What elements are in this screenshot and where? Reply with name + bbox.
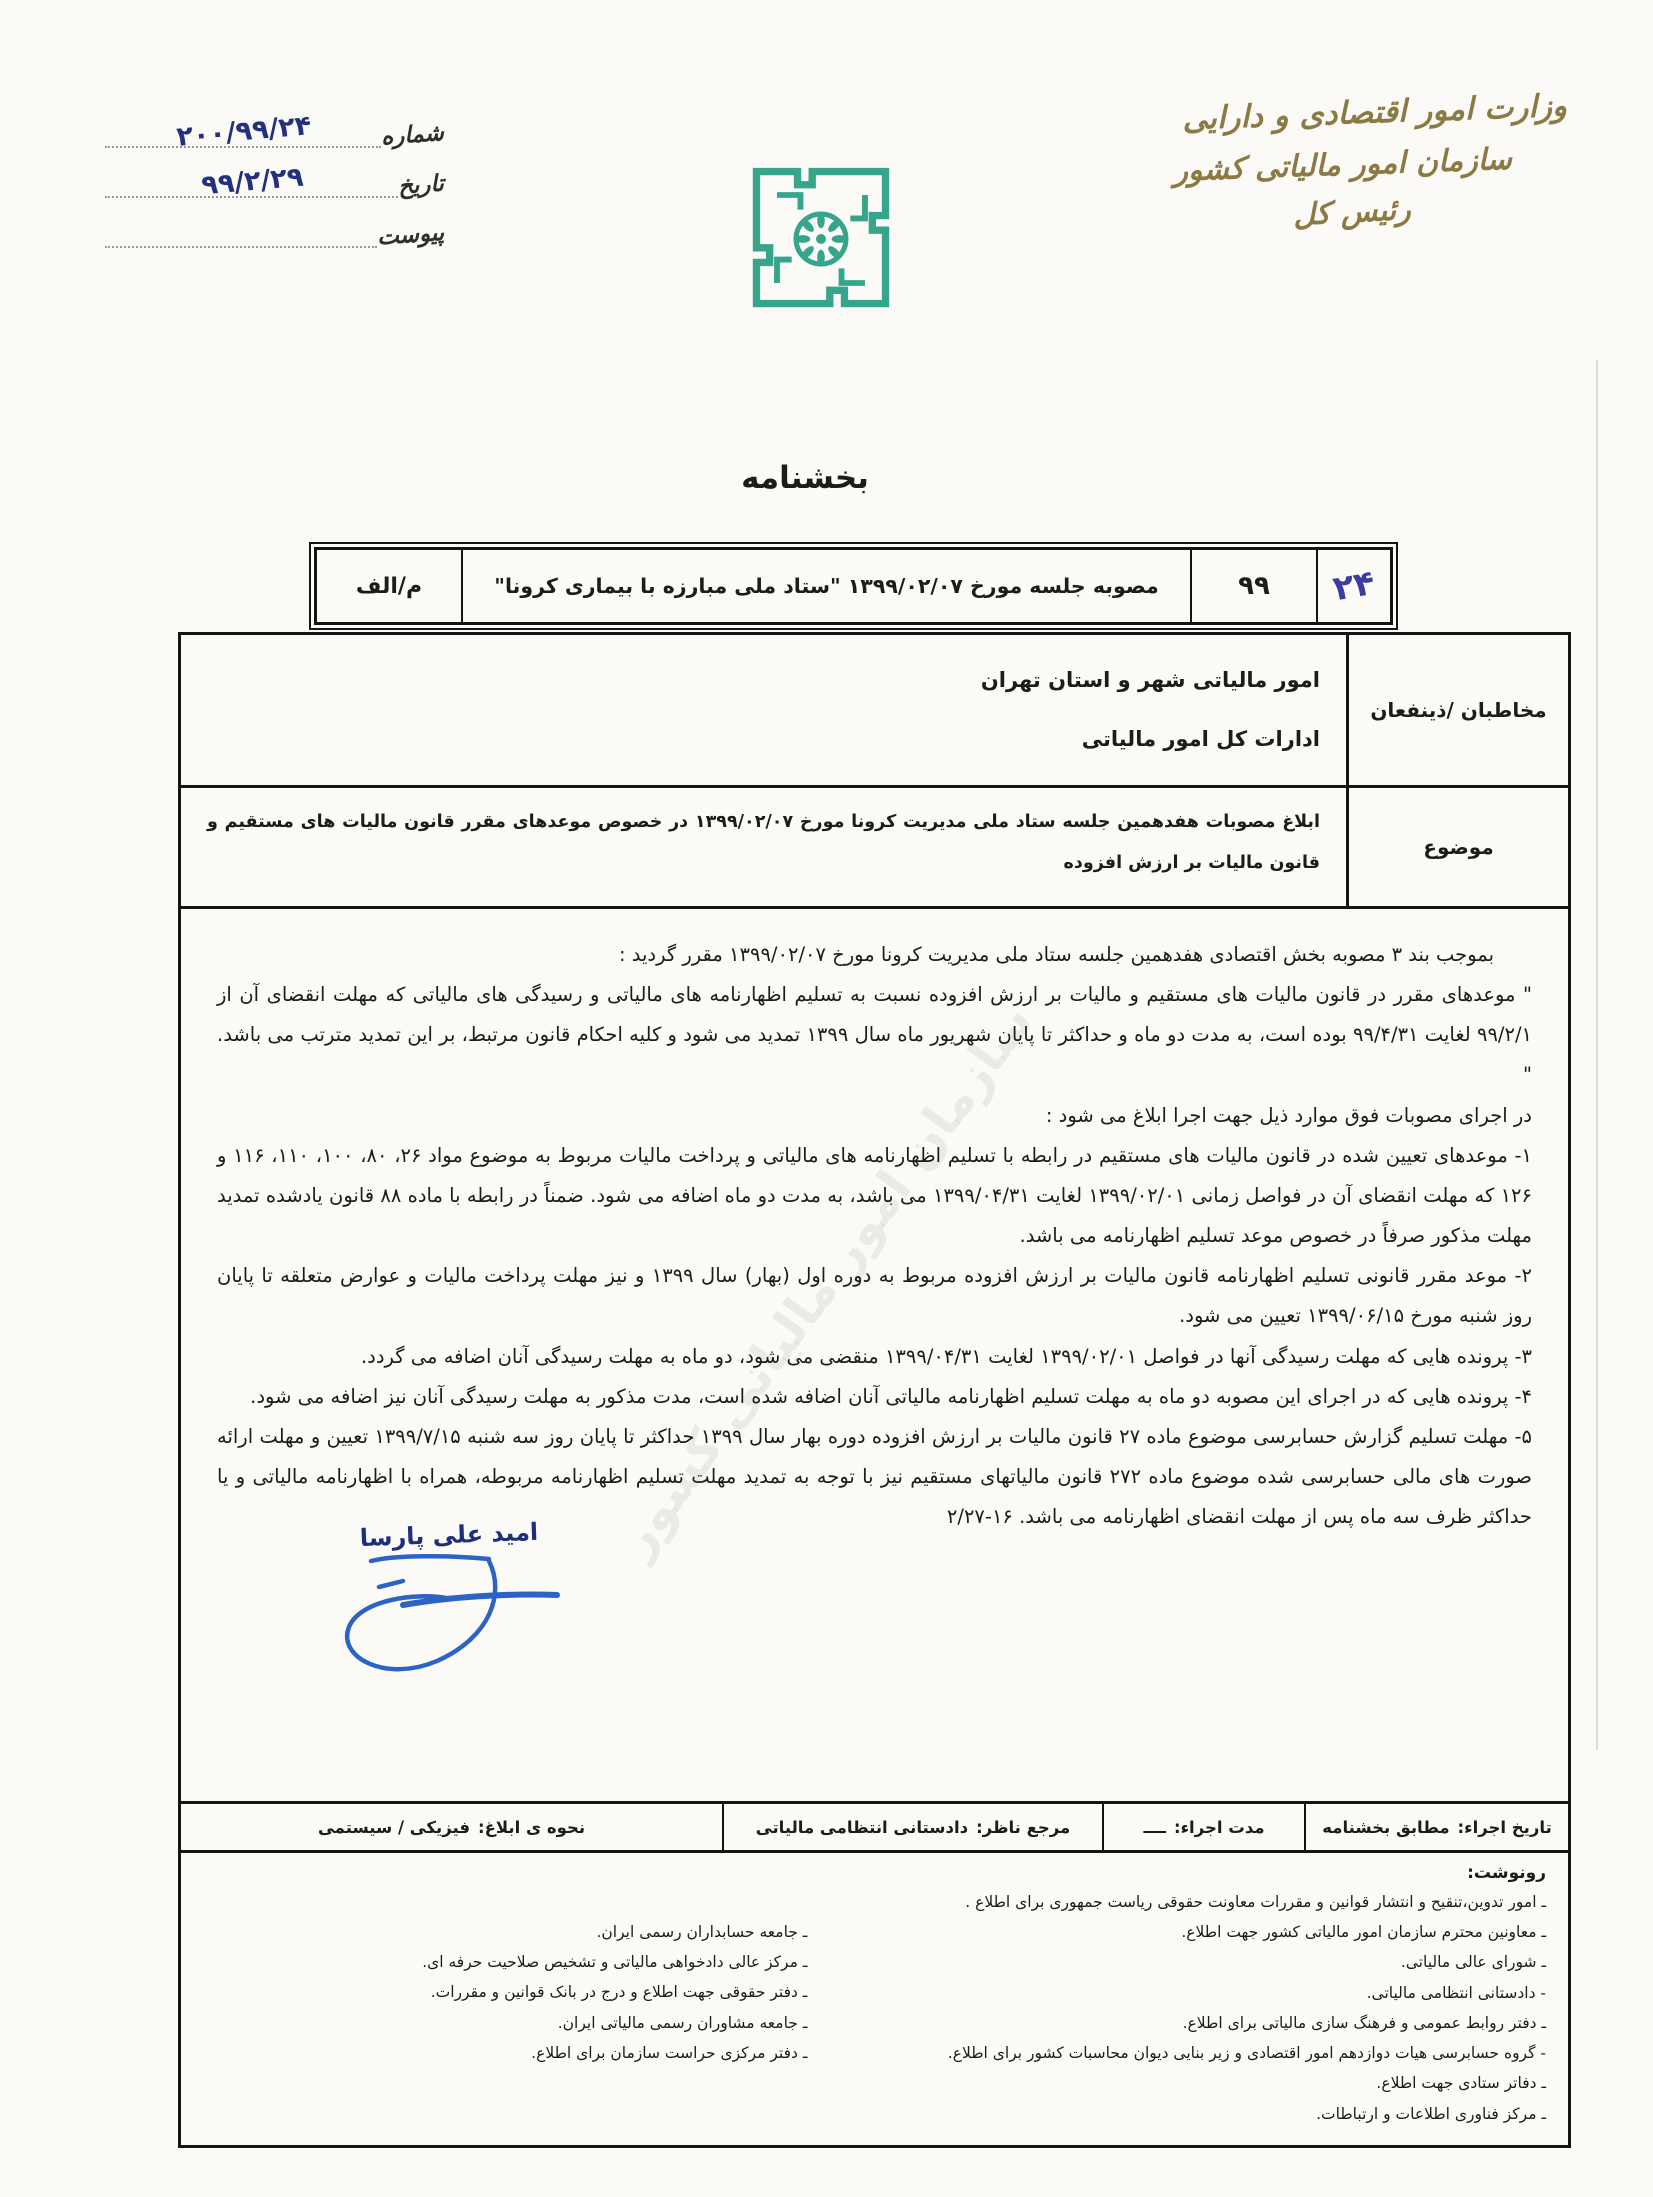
recipient-line: ادارات کل امور مالیاتی	[207, 717, 1320, 761]
cc-label: رونوشت:	[203, 1863, 1546, 1883]
notification-method-value: فیزیکی / سیستمی	[318, 1818, 470, 1837]
signature-block: امید علی پارسا	[299, 1521, 599, 1709]
supervisor-label: مرجع ناظر:	[976, 1818, 1070, 1837]
document-title: بخشنامه	[0, 460, 1610, 496]
cc-item: ـ جامعه مشاوران رسمی مالیاتی ایران.	[233, 2008, 807, 2038]
execution-duration-cell: مدت اجراء: ــــ	[1104, 1804, 1306, 1850]
year-cell: ۹۹	[1192, 550, 1318, 622]
execution-date-cell: تاریخ اجراء: مطابق بخشنامه	[1306, 1804, 1568, 1850]
attachment-label: پیوست	[376, 218, 451, 250]
date-value-handwritten: ۹۹/۲/۲۹	[200, 162, 304, 202]
number-label: شماره	[380, 119, 450, 151]
recipients-content: امور مالیاتی شهر و استان تهران ادارات کل…	[181, 635, 1346, 785]
cc-item: ـ امور تدوین،تنقیح و انتشار قوانین و مقر…	[807, 1887, 1546, 1917]
cc-item: ـ دفاتر ستادی جهت اطلاع.	[807, 2068, 1546, 2098]
cc-item: ـ دفتر روابط عمومی و فرهنگ سازی مالیاتی …	[807, 2008, 1546, 2038]
subject-header: موضوع	[1346, 788, 1568, 906]
body-paragraph: در اجرای مصوبات فوق موارد ذیل جهت اجرا ا…	[217, 1096, 1532, 1136]
letterhead-organization-block: وزارت امور اقتصادی و دارایی سازمان امور …	[987, 98, 1567, 234]
body-paragraph: بموجب بند ۳ مصوبه بخش اقتصادی هفدهمین جل…	[217, 935, 1532, 975]
body-paragraph: ۴- پرونده هایی که در اجرای این مصوبه دو …	[217, 1377, 1532, 1417]
number-row: شماره ۲۰۰/۹۹/۲۴	[105, 112, 450, 148]
approval-text-cell: مصوبه جلسه مورخ ۱۳۹۹/۰۲/۰۷ "ستاد ملی مبا…	[463, 550, 1192, 622]
cc-item: ـ معاونین محترم سازمان امور مالیاتی کشور…	[807, 1917, 1546, 1947]
cc-item: ـ مرکز عالی دادخواهی مالیاتی و تشخیص صلا…	[233, 1947, 807, 1977]
recipients-header: مخاطبان /ذینفعان	[1346, 635, 1568, 785]
cc-section: رونوشت: ـ امور تدوین،تنقیح و انتشار قوان…	[181, 1853, 1568, 2145]
execution-duration-label: مدت اجراء:	[1174, 1818, 1265, 1837]
attachment-row: پیوست	[105, 212, 450, 248]
supervisor-cell: مرجع ناظر: دادستانی انتظامی مالیاتی	[724, 1804, 1104, 1850]
notification-method-label: نحوه ی ابلاغ:	[478, 1818, 585, 1837]
director-general-title: رئیس کل	[986, 184, 1567, 249]
cc-item: - گروه حسابرسی هیات دوازدهم امور اقتصادی…	[807, 2038, 1546, 2068]
recipient-line: امور مالیاتی شهر و استان تهران	[207, 658, 1320, 702]
execution-date-value: مطابق بخشنامه	[1322, 1818, 1449, 1837]
supervisor-value: دادستانی انتظامی مالیاتی	[756, 1818, 968, 1837]
execution-info-row: تاریخ اجراء: مطابق بخشنامه مدت اجراء: ــ…	[181, 1804, 1568, 1853]
body-paragraph: ۵- مهلت تسلیم گزارش حسابرسی موضوع ماده ۲…	[217, 1417, 1532, 1537]
subject-content: ابلاغ مصوبات هفدهمین جلسه ستاد ملی مدیری…	[181, 788, 1346, 906]
circular-document-page: سازمان امور مالیاتی کشور شماره ۲۰۰/۹۹/۲۴…	[0, 0, 1653, 2197]
date-row: تاریخ ۹۹/۲/۲۹	[105, 162, 450, 198]
execution-date-label: تاریخ اجراء:	[1458, 1818, 1552, 1837]
number-value-handwritten: ۲۰۰/۹۹/۲۴	[175, 110, 312, 153]
tax-administration-emblem-icon	[733, 146, 909, 332]
body-paragraph: ۲- موعد مقرر قانونی تسلیم اظهارنامه قانو…	[217, 1256, 1532, 1336]
date-line: ۹۹/۲/۲۹	[105, 162, 398, 198]
cc-columns: ـ امور تدوین،تنقیح و انتشار قوانین و مقر…	[203, 1887, 1546, 2129]
body-paragraph: " موعدهای مقرر در قانون مالیات های مستقی…	[217, 975, 1532, 1095]
organization-name: سازمان امور مالیاتی کشور	[987, 140, 1568, 195]
cc-item: ـ دفتر مرکزی حراست سازمان برای اطلاع.	[233, 2038, 807, 2068]
cc-item: ـ جامعه حسابداران رسمی ایران.	[233, 1917, 807, 1947]
date-label: تاریخ	[397, 169, 451, 200]
ministry-name: وزارت امور اقتصادی و دارایی	[987, 88, 1568, 144]
body-paragraph: ۱- موعدهای تعیین شده در قانون مالیات های…	[217, 1136, 1532, 1256]
handwritten-number-cell: ۲۴	[1312, 544, 1395, 627]
number-line: ۲۰۰/۹۹/۲۴	[105, 112, 381, 148]
scan-artifact-line	[1596, 360, 1598, 1750]
attachment-line	[105, 212, 377, 248]
signature-scribble-icon	[319, 1545, 579, 1705]
body-section: بموجب بند ۳ مصوبه بخش اقتصادی هفدهمین جل…	[181, 909, 1568, 1804]
cc-item: ـ مرکز فناوری اطلاعات و ارتباطات.	[807, 2099, 1546, 2129]
letterhead-number-block: شماره ۲۰۰/۹۹/۲۴ تاریخ ۹۹/۲/۲۹ پیوست	[105, 112, 450, 262]
cc-right-column: ـ امور تدوین،تنقیح و انتشار قوانین و مقر…	[807, 1887, 1546, 2129]
cc-item: ـ شورای عالی مالیاتی.	[807, 1947, 1546, 1977]
cc-left-column: ـ جامعه حسابداران رسمی ایران. ـ مرکز عال…	[203, 1887, 807, 2129]
notification-method-cell: نحوه ی ابلاغ: فیزیکی / سیستمی	[181, 1804, 724, 1850]
recipients-row: مخاطبان /ذینفعان امور مالیاتی شهر و استا…	[181, 635, 1568, 788]
main-table: مخاطبان /ذینفعان امور مالیاتی شهر و استا…	[178, 632, 1571, 2148]
print-code-cell: م/الف	[317, 550, 463, 622]
body-paragraph: ۳- پرونده هایی که مهلت رسیدگی آنها در فو…	[217, 1337, 1532, 1377]
subject-row: موضوع ابلاغ مصوبات هفدهمین جلسه ستاد ملی…	[181, 788, 1568, 909]
execution-duration-value: ــــ	[1143, 1818, 1166, 1837]
classification-row: ۲۴ ۹۹ مصوبه جلسه مورخ ۱۳۹۹/۰۲/۰۷ "ستاد م…	[314, 547, 1393, 625]
cc-item: ـ دفتر حقوقی جهت اطلاع و درج در بانک قوا…	[233, 1977, 807, 2007]
cc-item: - دادستانی انتظامی مالیاتی.	[807, 1978, 1546, 2008]
